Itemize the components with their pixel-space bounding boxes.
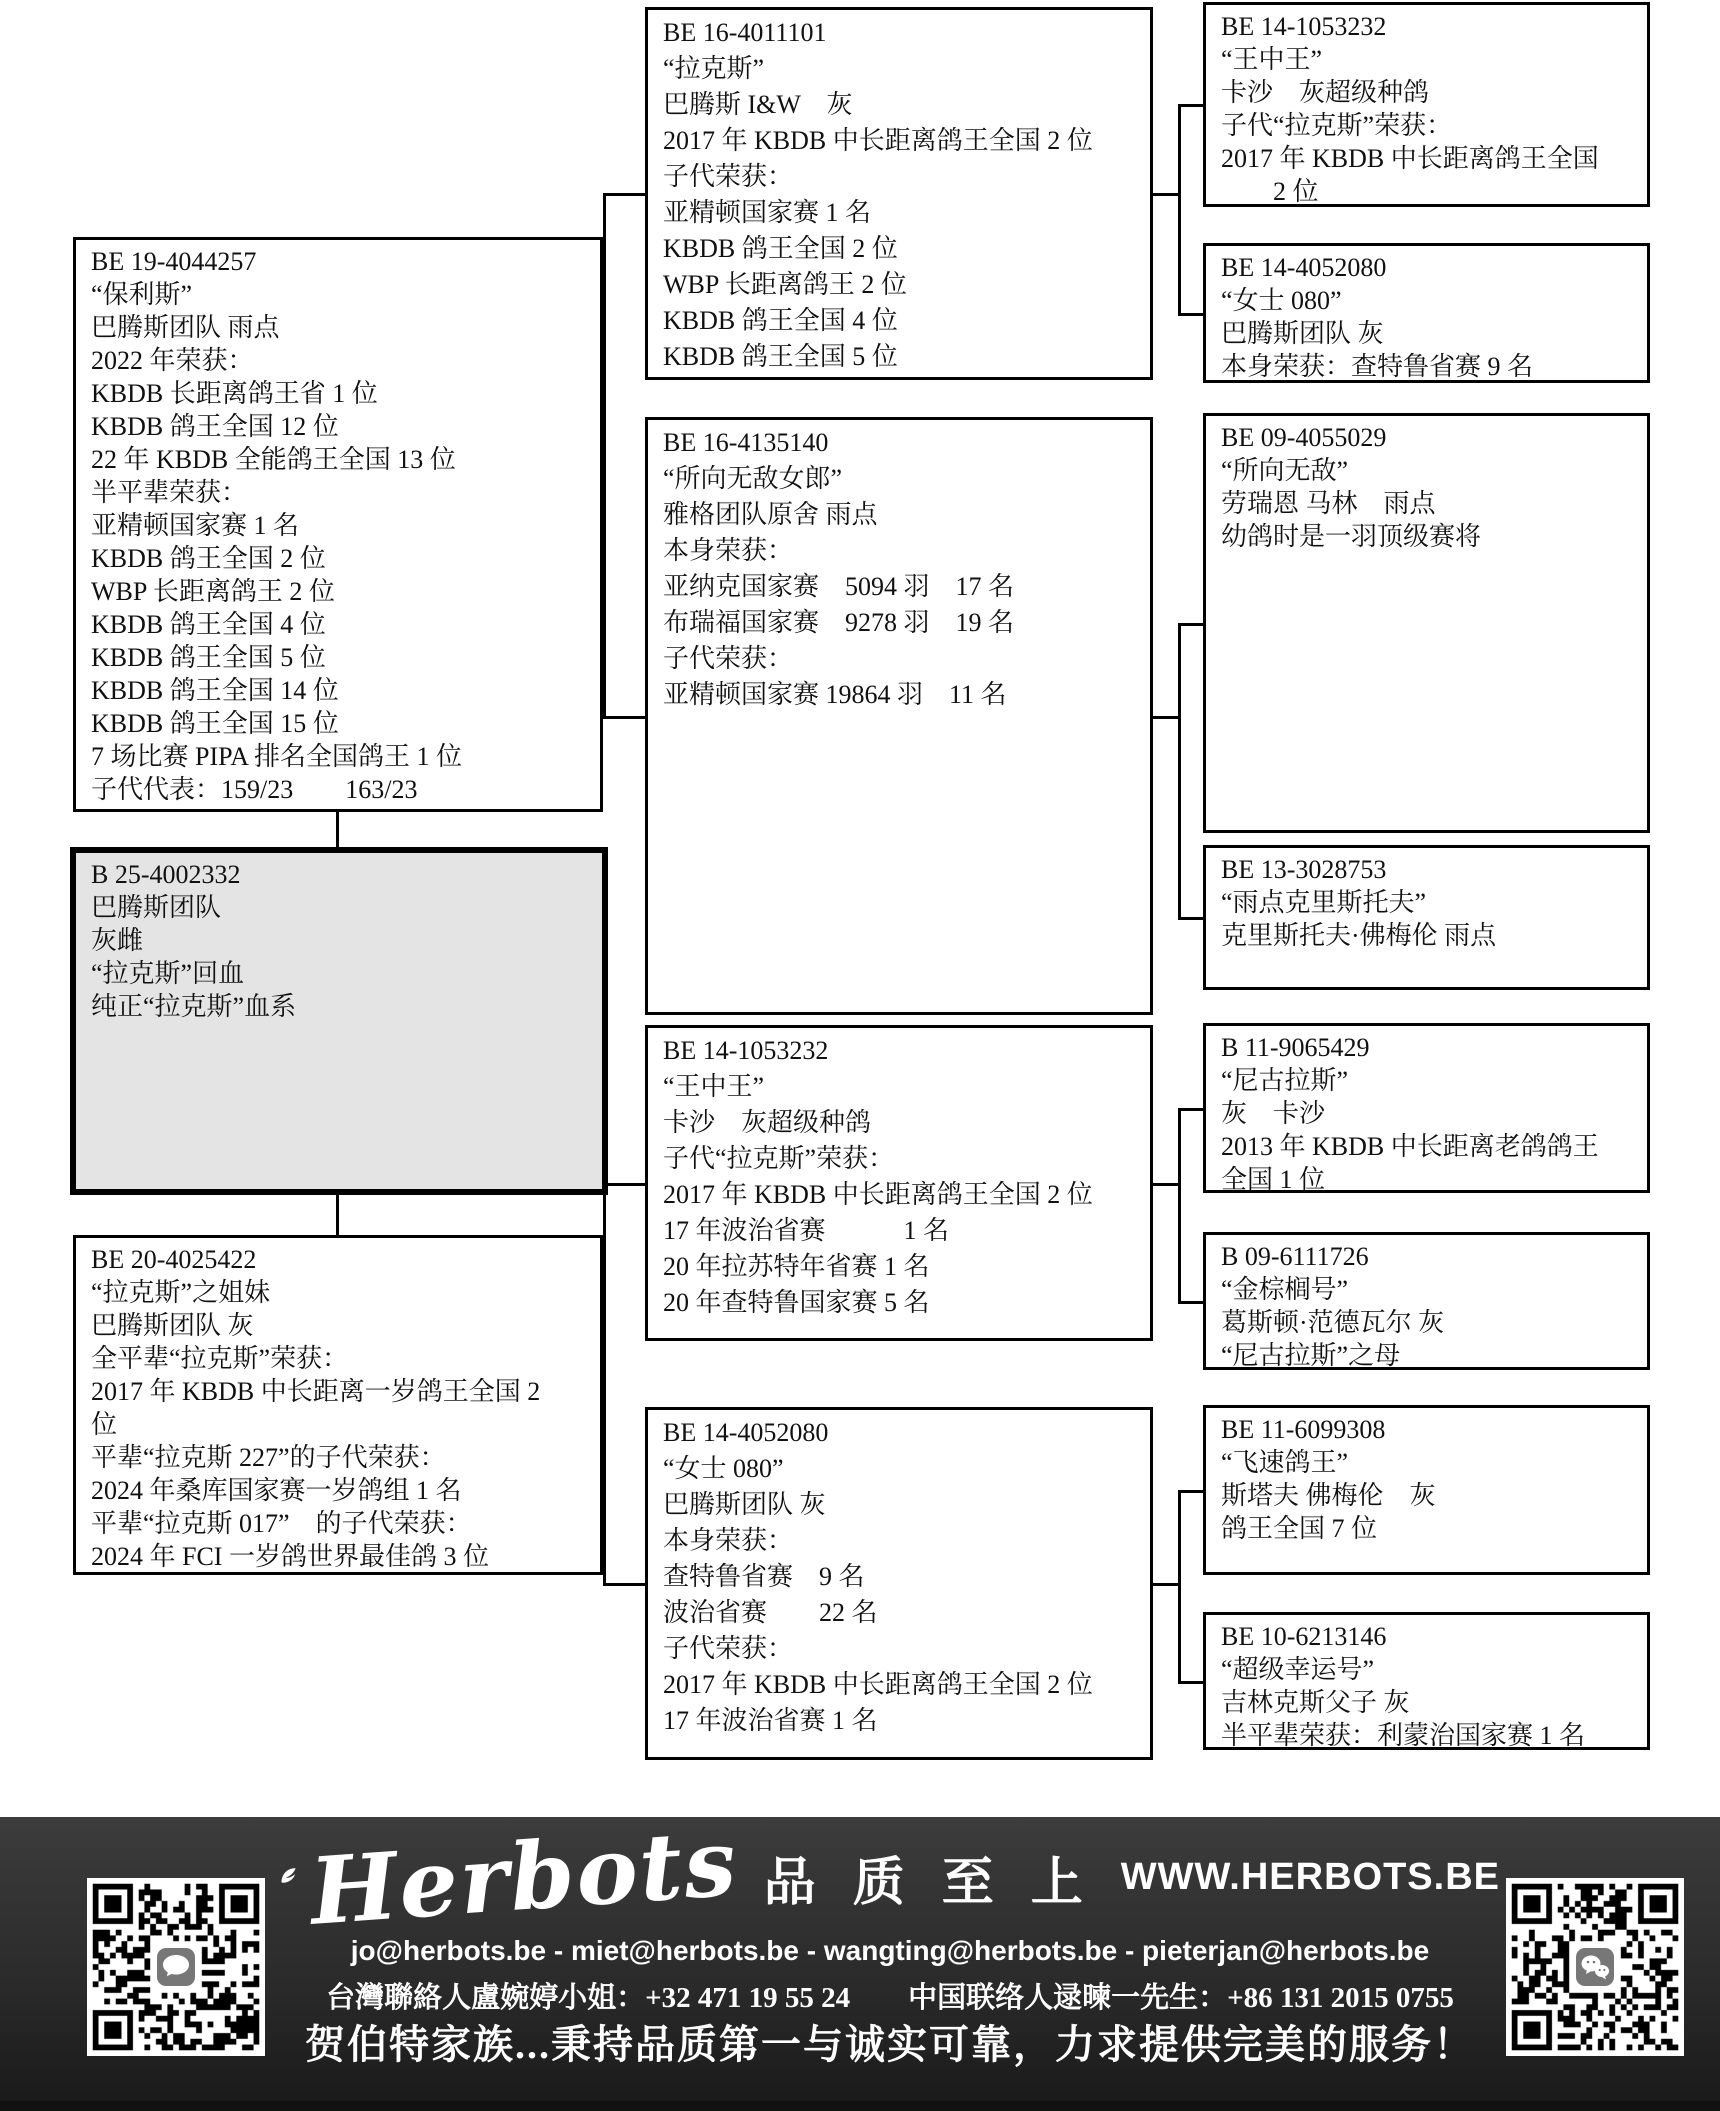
pedigree-line: BE 16-4011101: [663, 15, 1135, 51]
pedigree-line: 纯正“拉克斯”血系: [91, 990, 587, 1023]
pedigree-line: “王中王”: [663, 1069, 1135, 1105]
pedigree-line: 2017 年 KBDB 中长距离鸽王全国 2 位: [663, 1177, 1135, 1213]
connector-line: [1178, 623, 1203, 626]
pedigree-line: 2017 年 KBDB 中长距离一岁鸽王全国 2: [91, 1375, 585, 1408]
connector-line: [1178, 104, 1181, 316]
footer-tagline: 贺伯特家族...秉持品质第一与诚实可靠，力求提供完美的服务！: [250, 2013, 1530, 2070]
herbots-logo: Herbots: [307, 1817, 740, 1938]
pedigree-line: 巴腾斯团队 灰: [663, 1487, 1135, 1523]
pedigree-line: 巴腾斯团队: [91, 891, 587, 924]
pedigree-line: 巴腾斯 I&W 灰: [663, 87, 1135, 123]
pedigree-line: 亚精顿国家赛 1 名: [663, 195, 1135, 231]
connector-line: [1178, 1681, 1203, 1684]
pedigree-line: 斯塔夫 佛梅伦 灰: [1221, 1479, 1632, 1512]
leaf-icon: [274, 1844, 305, 1910]
connector-line: [603, 193, 606, 719]
pedigree-line: 亚精顿国家赛 19864 羽 11 名: [663, 677, 1135, 713]
pedigree-line: 巴腾斯团队 雨点: [91, 311, 585, 344]
footer: Herbots 品 质 至 上 WWW.HERBOTS.BE jo@herbot…: [0, 1817, 1720, 2111]
pedigree-line: “女士 080”: [663, 1451, 1135, 1487]
footer-brand-row: Herbots 品 质 至 上 WWW.HERBOTS.BE: [280, 1827, 1500, 1927]
pedigree-line: 查特鲁省赛 9 名: [663, 1559, 1135, 1595]
pedigree-line: KBDB 鸽王全国 4 位: [663, 303, 1135, 339]
box-ss-dam: BE 14-4052080“女士 080”巴腾斯团队 灰本身荣获：查特鲁省赛 9…: [1203, 243, 1650, 383]
pedigree-page: BE 19-4044257“保利斯”巴腾斯团队 雨点2022 年荣获：KBDB …: [0, 0, 1720, 2111]
footer-contact-china: 中国联络人逯暕一先生：+86 131 2015 0755: [908, 1982, 1454, 2014]
connector-line: [603, 1183, 645, 1186]
pedigree-line: 2017 年 KBDB 中长距离鸽王全国: [1221, 142, 1632, 175]
pedigree-line: KBDB 鸽王全国 4 位: [91, 608, 585, 641]
box-dam-sire: BE 14-1053232“王中王”卡沙 灰超级种鸽子代“拉克斯”荣获：2017…: [645, 1025, 1153, 1341]
pedigree-line: BE 14-1053232: [663, 1033, 1135, 1069]
pedigree-line: 子代荣获：: [663, 641, 1135, 677]
pedigree-line: 亚精顿国家赛 1 名: [91, 509, 585, 542]
connector-line: [1178, 1108, 1203, 1111]
pedigree-line: 本身荣获：: [663, 533, 1135, 569]
qr-code-right: [1506, 1878, 1684, 2056]
box-dam: BE 20-4025422“拉克斯”之姐妹巴腾斯团队 灰全平辈“拉克斯”荣获：2…: [73, 1235, 603, 1575]
line-chat-icon: [152, 1943, 200, 1991]
pedigree-line: KBDB 长距离鸽王省 1 位: [91, 377, 585, 410]
pedigree-line: 17 年波治省赛 1 名: [663, 1213, 1135, 1249]
pedigree-line: 2013 年 KBDB 中长距离老鸽鸽王: [1221, 1130, 1632, 1163]
pedigree-line: 灰 卡沙: [1221, 1097, 1632, 1130]
pedigree-line: 亚纳克国家赛 5094 羽 17 名: [663, 569, 1135, 605]
pedigree-line: B 25-4002332: [91, 858, 587, 891]
pedigree-line: 全平辈“拉克斯”荣获：: [91, 1342, 585, 1375]
pedigree-line: “雨点克里斯托夫”: [1221, 886, 1632, 919]
pedigree-line: 位: [91, 1408, 585, 1441]
pedigree-line: 子代荣获：: [663, 159, 1135, 195]
connector-line: [1153, 716, 1178, 719]
pedigree-line: “拉克斯”回血: [91, 957, 587, 990]
pedigree-line: BE 14-4052080: [663, 1415, 1135, 1451]
connector-line: [1178, 1490, 1181, 1684]
pedigree-line: 幼鸽时是一羽顶级赛将: [1221, 520, 1632, 553]
pedigree-line: KBDB 鸽王全国 5 位: [663, 339, 1135, 375]
box-dam-dam: BE 14-4052080“女士 080”巴腾斯团队 灰本身荣获：查特鲁省赛 9…: [645, 1407, 1153, 1760]
pedigree-line: “超级幸运号”: [1221, 1653, 1632, 1686]
box-ds-sire: B 11-9065429“尼古拉斯”灰 卡沙2013 年 KBDB 中长距离老鸽…: [1203, 1023, 1650, 1193]
pedigree-line: 全国 1 位: [1221, 1163, 1632, 1193]
pedigree-line: 葛斯顿·范德瓦尔 灰: [1221, 1306, 1632, 1339]
pedigree-line: 20 年拉苏特年省赛 1 名: [663, 1249, 1135, 1285]
pedigree-line: BE 19-4044257: [91, 245, 585, 278]
pedigree-line: KBDB 鸽王全国 15 位: [91, 707, 585, 740]
connector-line: [336, 1192, 339, 1238]
pedigree-line: 巴腾斯团队 灰: [91, 1309, 585, 1342]
pedigree-line: “尼古拉斯”: [1221, 1064, 1632, 1097]
pedigree-line: “所向无敌女郎”: [663, 461, 1135, 497]
footer-contact-taiwan: 台灣聯絡人盧婉婷小姐：+32 471 19 55 24: [326, 1982, 850, 2014]
connector-line: [1178, 313, 1203, 316]
pedigree-line: 2017 年 KBDB 中长距离鸽王全国 2 位: [663, 123, 1135, 159]
pedigree-line: “所向无敌”: [1221, 454, 1632, 487]
pedigree-line: 卡沙 灰超级种鸽: [663, 1105, 1135, 1141]
pedigree-line: 波治省赛 22 名: [663, 1595, 1135, 1631]
footer-emails: jo@herbots.be - miet@herbots.be - wangti…: [250, 1935, 1530, 1967]
pedigree-line: 平辈“拉克斯 017” 的子代荣获：: [91, 1507, 585, 1540]
footer-bottom-strip: [0, 2101, 1720, 2111]
pedigree-line: “王中王”: [1221, 43, 1632, 76]
qr-code-left: [87, 1878, 265, 2056]
pedigree-line: 子代荣获：: [663, 1631, 1135, 1667]
pedigree-line: 17 年波治省赛 1 名: [663, 1703, 1135, 1739]
pedigree-line: B 09-6111726: [1221, 1240, 1632, 1273]
pedigree-line: 22 年 KBDB 全能鸽王全国 13 位: [91, 443, 585, 476]
connector-line: [1178, 1108, 1181, 1304]
connector-line: [603, 193, 645, 196]
box-sire-dam: BE 16-4135140“所向无敌女郎”雅格团队原舍 雨点本身荣获：亚纳克国家…: [645, 417, 1153, 1015]
pedigree-line: 子代“拉克斯”荣获：: [1221, 109, 1632, 142]
pedigree-line: BE 14-1053232: [1221, 10, 1632, 43]
pedigree-line: “女士 080”: [1221, 284, 1632, 317]
pedigree-line: 7 场比赛 PIPA 排名全国鸽王 1 位: [91, 740, 585, 773]
pedigree-line: “金棕榈号”: [1221, 1273, 1632, 1306]
box-sd-sire: BE 09-4055029“所向无敌”劳瑞恩 马林 雨点幼鸽时是一羽顶级赛将: [1203, 413, 1650, 833]
pedigree-line: BE 09-4055029: [1221, 421, 1632, 454]
pedigree-line: 本身荣获：查特鲁省赛 9 名: [1221, 350, 1632, 383]
pedigree-line: 吉林克斯父子 灰: [1221, 1686, 1632, 1719]
connector-line: [1153, 193, 1178, 196]
pedigree-line: “保利斯”: [91, 278, 585, 311]
pedigree-line: 2022 年荣获：: [91, 344, 585, 377]
pedigree-line: WBP 长距离鸽王 2 位: [91, 575, 585, 608]
pedigree-line: 本身荣获：: [663, 1523, 1135, 1559]
wechat-icon: [1571, 1943, 1619, 1991]
connector-line: [1153, 1583, 1178, 1586]
pedigree-line: “拉克斯”之姐妹: [91, 1276, 585, 1309]
box-ss-sire: BE 14-1053232“王中王”卡沙 灰超级种鸽子代“拉克斯”荣获：2017…: [1203, 2, 1650, 207]
pedigree-line: 半平辈荣获：: [91, 476, 585, 509]
pedigree-line: “尼古拉斯”之母: [1221, 1339, 1632, 1370]
pedigree-line: 2024 年桑库国家赛一岁鸽组 1 名: [91, 1474, 585, 1507]
pedigree-line: KBDB 鸽王全国 5 位: [91, 641, 585, 674]
pedigree-line: “飞速鸽王”: [1221, 1446, 1632, 1479]
pedigree-line: 20 年查特鲁国家赛 5 名: [663, 1285, 1135, 1321]
pedigree-line: BE 16-4135140: [663, 425, 1135, 461]
footer-slogan-cn: 品 质 至 上: [764, 1840, 1095, 1915]
pedigree-line: 鸽王全国 7 位: [1221, 1512, 1632, 1545]
connector-line: [1178, 1490, 1203, 1493]
connector-line: [1178, 917, 1203, 920]
box-ds-dam: B 09-6111726“金棕榈号”葛斯顿·范德瓦尔 灰“尼古拉斯”之母: [1203, 1232, 1650, 1370]
pedigree-line: 巴腾斯团队 灰: [1221, 317, 1632, 350]
footer-contacts: 台灣聯絡人盧婉婷小姐：+32 471 19 55 24 中国联络人逯暕一先生：+…: [250, 1975, 1530, 2016]
pedigree-line: BE 13-3028753: [1221, 853, 1632, 886]
pedigree-line: BE 20-4025422: [91, 1243, 585, 1276]
connector-line: [603, 1183, 606, 1586]
connector-line: [1178, 104, 1203, 107]
box-dd-sire: BE 11-6099308“飞速鸽王”斯塔夫 佛梅伦 灰鸽王全国 7 位: [1203, 1405, 1650, 1575]
pedigree-line: 2017 年 KBDB 中长距离鸽王全国 2 位: [663, 1667, 1135, 1703]
connector-line: [1178, 623, 1181, 920]
pedigree-line: WBP 长距离鸽王 2 位: [663, 267, 1135, 303]
pedigree-line: BE 10-6213146: [1221, 1620, 1632, 1653]
pedigree-line: 布瑞福国家赛 9278 羽 19 名: [663, 605, 1135, 641]
pedigree-line: KBDB 鸽王全国 12 位: [91, 410, 585, 443]
connector-line: [603, 716, 645, 719]
pedigree-line: BE 14-4052080: [1221, 251, 1632, 284]
box-dd-dam: BE 10-6213146“超级幸运号”吉林克斯父子 灰半平辈荣获：利蒙治国家赛…: [1203, 1612, 1650, 1750]
pedigree-line: 2 位: [1221, 175, 1632, 207]
pedigree-line: 子代代表：159/23 163/23: [91, 773, 585, 806]
pedigree-line: BE 11-6099308: [1221, 1413, 1632, 1446]
pedigree-line: 灰雌: [91, 924, 587, 957]
box-sire: BE 19-4044257“保利斯”巴腾斯团队 雨点2022 年荣获：KBDB …: [73, 237, 603, 812]
pedigree-line: B 11-9065429: [1221, 1031, 1632, 1064]
box-sire-sire: BE 16-4011101“拉克斯”巴腾斯 I&W 灰2017 年 KBDB 中…: [645, 7, 1153, 380]
pedigree-line: 子代“拉克斯”荣获：: [663, 1141, 1135, 1177]
pedigree-line: 半平辈荣获：利蒙治国家赛 1 名: [1221, 1719, 1632, 1750]
footer-contact-gap: [850, 1982, 908, 2014]
pedigree-line: 雅格团队原舍 雨点: [663, 497, 1135, 533]
pedigree-line: KBDB 鸽王全国 2 位: [663, 231, 1135, 267]
pedigree-line: 克里斯托夫·佛梅伦 雨点: [1221, 919, 1632, 952]
box-sd-dam: BE 13-3028753“雨点克里斯托夫”克里斯托夫·佛梅伦 雨点: [1203, 845, 1650, 990]
connector-line: [1178, 1301, 1203, 1304]
pedigree-line: “拉克斯”: [663, 51, 1135, 87]
pedigree-line: 平辈“拉克斯 227”的子代荣获：: [91, 1441, 585, 1474]
pedigree-line: KBDB 鸽王全国 2 位: [91, 542, 585, 575]
connector-line: [1153, 1183, 1178, 1186]
connector-line: [336, 812, 339, 850]
connector-line: [603, 1583, 645, 1586]
pedigree-line: 2024 年 FCI 一岁鸽世界最佳鸽 3 位: [91, 1540, 585, 1573]
pedigree-line: 劳瑞恩 马林 雨点: [1221, 487, 1632, 520]
pedigree-line: KBDB 鸽王全国 14 位: [91, 674, 585, 707]
footer-website: WWW.HERBOTS.BE: [1121, 1856, 1500, 1899]
pedigree-line: 卡沙 灰超级种鸽: [1221, 76, 1632, 109]
box-subject: B 25-4002332巴腾斯团队灰雌“拉克斯”回血纯正“拉克斯”血系: [70, 847, 608, 1195]
